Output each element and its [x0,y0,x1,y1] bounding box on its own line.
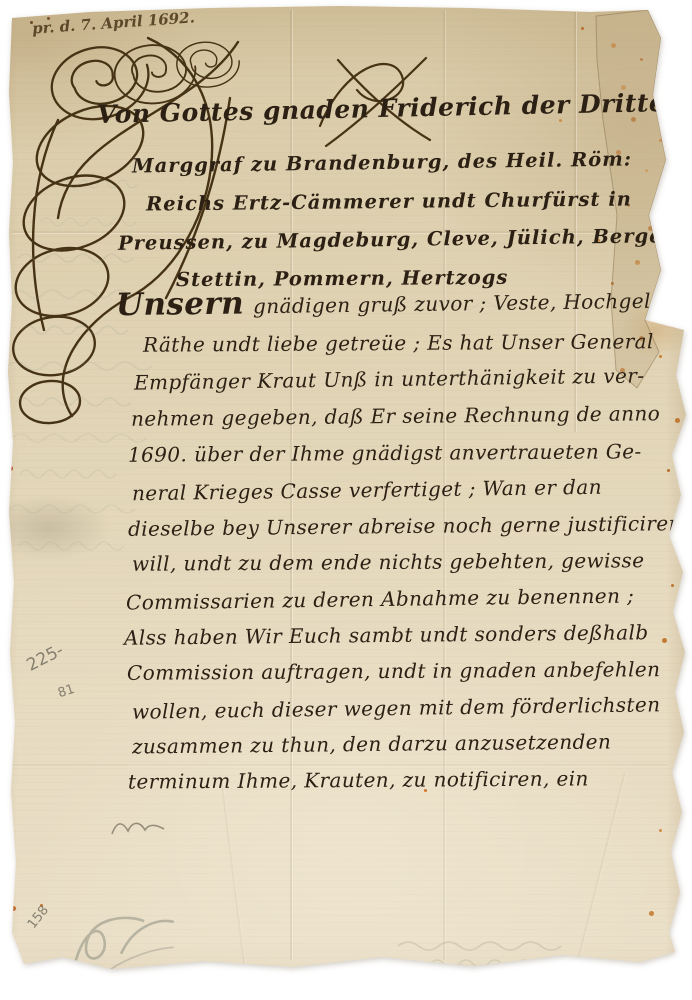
body-line: Empfänger Kraut Unß in unterthänigkeit z… [134,363,645,394]
manuscript-page: pr. d. 7. April 1692. Von Gottes gnaden … [0,0,692,1000]
body-line-text: gnädigen gruß zuvor ; Veste, Hochgelahrt… [253,288,692,318]
address-line: Preussen, zu Magdeburg, Cleve, Jülich, B… [118,224,671,255]
body-line: Commissarien zu deren Abnahme zu benenne… [126,583,634,614]
fold-crease-diagonal [221,783,246,967]
body-line: neral Krieges Casse verfertiget ; Wan er… [132,475,602,506]
body-line: Commission auftragen, undt in gnaden anb… [127,657,661,685]
heading-line: Von Gottes gnaden Friderich der Dritte [97,88,666,129]
paper-sheet: pr. d. 7. April 1692. Von Gottes gnaden … [0,0,692,1000]
body-line: wollen, euch dieser wegen mit dem förder… [132,692,661,723]
bottom-right-ghost-text [398,942,561,972]
body-line: will, undt zu dem ende nichts gebehten, … [132,548,645,576]
body-lead-word: Unsern [116,285,245,323]
address-line: Marggraf zu Brandenburg, des Heil. Röm: [132,148,632,178]
fold-crease-diagonal [576,773,625,963]
foxing-spots [0,0,3,3]
body-line: nehmen gegeben, daß Er seine Rechnung de… [131,401,660,431]
pencil-price-sub-annotation: 81 [56,682,76,701]
signature-bleedthrough [61,901,184,987]
pencil-scribble [112,823,164,834]
body-line: Räthe undt liebe getreüe ; Es hat Unser … [143,329,654,357]
photo-background: pr. d. 7. April 1692. Von Gottes gnaden … [0,0,692,1000]
body-line: terminum Ihme, Krauten, zu notificiren, … [128,766,589,793]
pencil-price-annotation: 225- [24,640,67,675]
docket-date-note: pr. d. 7. April 1692. [32,8,196,37]
calligraphic-flourish [8,33,240,425]
pencil-inventory-number: 158 [25,903,52,932]
body-line: zusammen zu thun, den darzu anzusetzende… [132,729,611,758]
address-line: Reichs Ertz-Cämmerer undt Churfürst in [146,187,632,215]
body-line: Alss haben Wir Euch sambt undt sonders d… [124,620,649,649]
body-line: 1690. über der Ihme gnädigst anvertrauet… [128,439,642,467]
body-line: dieselbe bey Unserer abreise noch gerne … [128,511,682,541]
body-line-first: Unsern gnädigen gruß zuvor ; Veste, Hoch… [116,279,692,323]
